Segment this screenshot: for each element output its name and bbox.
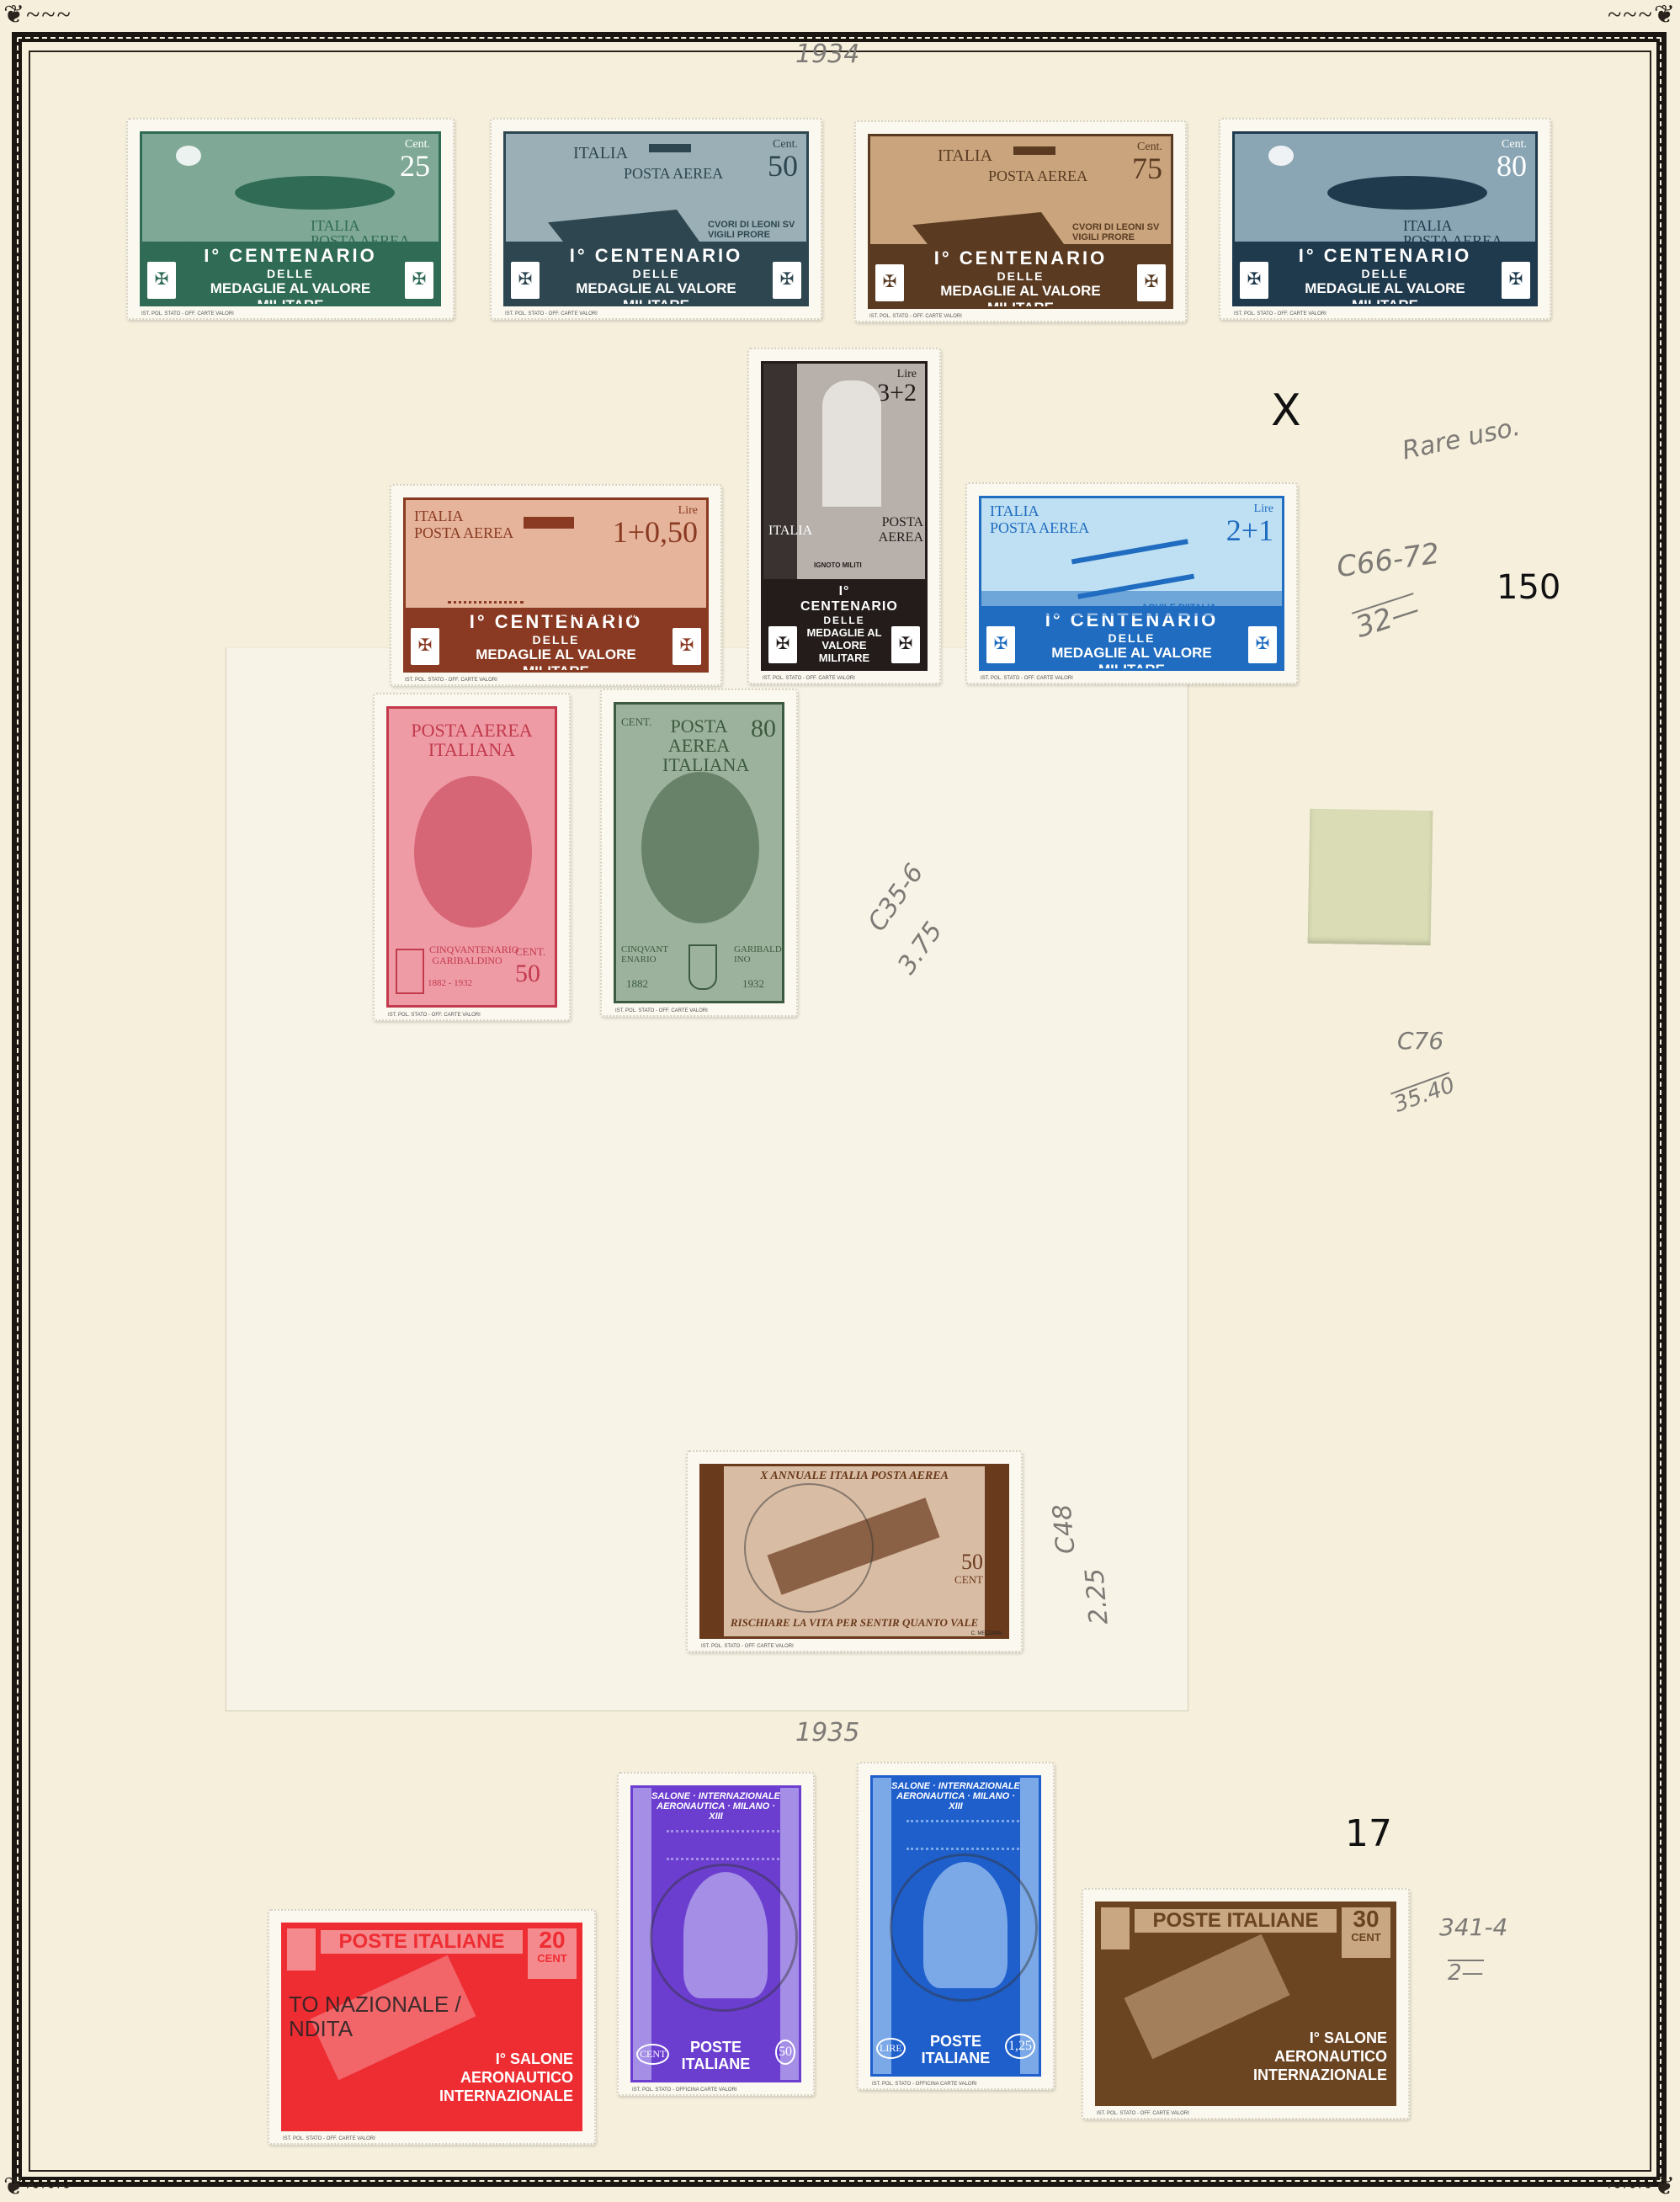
coat-of-arms-icon	[768, 626, 797, 663]
stamp-s5[interactable]: I° CENTENARIODELLEMEDAGLIE AL VALORE MIL…	[390, 484, 722, 686]
year-right: 1932	[742, 978, 764, 990]
value-number: 75	[1132, 152, 1162, 185]
stamp-design: I° CENTENARIODELLEMEDAGLIE AL VALORE MIL…	[979, 496, 1284, 671]
stamp-s3[interactable]: I° CENTENARIODELLEMEDAGLIE AL VALORE MIL…	[854, 120, 1187, 322]
stamp-s4[interactable]: I° CENTENARIODELLEMEDAGLIE AL VALORE MIL…	[1219, 118, 1551, 320]
value-number: 80	[751, 715, 776, 742]
corner-flourish-icon: ❦~~~	[3, 0, 205, 30]
fasces-right	[985, 1466, 1007, 1636]
stamp-design: I° CENTENARIODELLEMEDAGLIE AL VALORE MIL…	[761, 361, 928, 671]
corner-flourish-icon: ~~~❦	[1475, 0, 1677, 30]
stamp-banner: I° CENTENARIODELLEMEDAGLIE AL VALORE MIL…	[506, 242, 806, 304]
value-number: 20	[528, 1928, 577, 1952]
title-label: POSTA AEREA	[624, 166, 723, 183]
stamp-hinge	[1308, 809, 1433, 946]
printer-imprint: IST. POL. STATO - OFF. CARTE VALORI	[981, 676, 1073, 681]
stamp-design: I° CENTENARIODELLEMEDAGLIE AL VALORE MIL…	[503, 131, 809, 306]
coat-of-arms-icon	[688, 944, 717, 990]
stamp-value: Lire3+2	[877, 369, 917, 406]
formation-icon	[667, 1830, 784, 1860]
boat-icon	[912, 212, 1064, 244]
value-number: 25	[400, 149, 430, 183]
caption-right: GARIBALDINO	[734, 944, 784, 965]
stamp-header: POSTA AEREA ITALIANA	[389, 721, 555, 759]
stamp-s10[interactable]: X ANNUALE ITALIA POSTA AEREA50CENTRISCHI…	[686, 1450, 1023, 1652]
value-unit: CENT	[1342, 1931, 1390, 1944]
printer-imprint: IST. POL. STATO - OFF. CARTE VALORI	[283, 2136, 375, 2141]
printer-imprint: IST. POL. STATO - OFF. CARTE VALORI	[1097, 2111, 1189, 2116]
value-number: 30	[1342, 1907, 1390, 1931]
value-unit: CENT	[954, 1574, 983, 1586]
value-number: 50	[775, 2040, 795, 2065]
stamp-banner: I° CENTENARIODELLEMEDAGLIE AL VALORE MIL…	[870, 244, 1171, 306]
price-c48: 2.25	[1081, 1567, 1114, 1625]
stamp-s12[interactable]: SALONE · INTERNAZIONALE AERONAUTICA · MI…	[617, 1772, 815, 2096]
value-number: 50	[961, 1550, 983, 1575]
oval-vignette	[641, 772, 759, 923]
banner-line: DELLE	[1018, 631, 1245, 645]
footer: POSTE ITALIANE	[906, 2034, 1005, 2067]
stamp-value: Cent.50	[768, 139, 798, 181]
line3: INTERNAZIONALE	[1253, 2067, 1387, 2084]
banner-line: MEDAGLIE AL VALORE MILITARE	[907, 283, 1134, 309]
stamp-design: I° CENTENARIODELLEMEDAGLIE AL VALORE MIL…	[140, 131, 441, 306]
crest-icon	[1248, 626, 1277, 663]
value-unit: LIRE	[876, 2038, 906, 2059]
line2: AERONAUTICO	[460, 2070, 573, 2087]
banner-line: DELLE	[800, 614, 888, 626]
stamp-header: POSTE ITALIANE	[1135, 1909, 1337, 1933]
corner-flourish-icon: ~~~❦	[1475, 2172, 1677, 2202]
fasces-left	[702, 1466, 724, 1636]
line1: I° SALONE	[496, 2051, 573, 2068]
sun-icon	[1268, 146, 1294, 166]
banner-line: I° CENTENARIO	[907, 247, 1134, 269]
caption: PIONIERI DELL'ARIA	[1240, 242, 1332, 252]
value-number: 2+1	[1226, 513, 1273, 547]
value-number: 1,25	[1005, 2034, 1035, 2059]
caption: CVORI DI LEONI SV VIGILI PRORE	[708, 220, 800, 240]
stamp-s11[interactable]: POSTE ITALIANE20CENTI° SALONEAERONAUTICO…	[268, 1909, 596, 2145]
formation-icon	[906, 1820, 1024, 1850]
coat-of-arms-icon	[511, 262, 540, 299]
stamp-design: POSTA AEREA ITALIANACENT.80CINQVANTENARI…	[614, 702, 784, 1003]
banner-line: DELLE	[1272, 267, 1498, 280]
stamp-value: Cent.75	[1132, 141, 1162, 183]
caption: AQVILE D'ITALIA	[1141, 603, 1216, 613]
stamp-s9[interactable]: POSTA AEREA ITALIANACENT.80CINQVANTENARI…	[600, 689, 798, 1017]
value-number: 3+2	[877, 379, 917, 407]
crest-icon	[673, 628, 701, 665]
banner-line: DELLE	[179, 267, 401, 280]
caption: I FEDELI D'OLTREMARE	[549, 609, 657, 620]
airship-icon	[235, 176, 395, 210]
boat-icon	[548, 210, 699, 242]
year-label-1934: 1934	[795, 40, 859, 68]
value-number: 1+0,50	[613, 515, 698, 549]
coat-of-arms-icon	[1240, 262, 1268, 299]
postmark-icon	[650, 1864, 798, 2012]
stamp-header: POSTE ITALIANE	[321, 1930, 523, 1954]
stamp-value: 20CENT	[528, 1928, 577, 1979]
crest-icon	[891, 626, 920, 663]
corner-flourish-icon: ❦~~~	[3, 2172, 205, 2202]
banner-line: I° CENTENARIO	[543, 245, 769, 267]
coat-of-arms-icon	[396, 949, 424, 994]
printer-imprint: IST. POL. STATO - OFF. CARTE VALORI	[141, 311, 234, 316]
value-number: 50	[515, 960, 540, 987]
printer-imprint: IST. POL. STATO - OFF. CARTE VALORI	[505, 311, 598, 316]
value-number: 80	[1497, 149, 1527, 183]
soldiers-icon	[448, 567, 524, 604]
coat-of-arms-icon	[411, 628, 439, 665]
catalog-c48: C48	[1049, 1503, 1081, 1556]
stamp-design: POSTE ITALIANE20CENTI° SALONEAERONAUTICO…	[281, 1923, 582, 2131]
coat-of-arms-icon	[147, 262, 176, 299]
line1: I° SALONE	[1310, 2030, 1387, 2047]
value-unit: CENT.	[621, 716, 651, 728]
caption: IGNOTO MILITI	[814, 561, 862, 569]
banner-line: MEDAGLIE AL VALORE MILITARE	[443, 646, 669, 673]
year-left: 1882	[626, 978, 648, 990]
banner-line: DELLE	[907, 269, 1134, 283]
oval-vignette	[414, 776, 532, 928]
stamp-design: SALONE · INTERNAZIONALE AERONAUTICA · MI…	[630, 1785, 801, 2082]
stamp-s7[interactable]: I° CENTENARIODELLEMEDAGLIE AL VALORE MIL…	[965, 482, 1298, 684]
stamp-value: Cent.25	[400, 139, 430, 181]
banner-line: DELLE	[543, 267, 769, 280]
banner-line: MEDAGLIE AL VALORE MILITARE	[1272, 280, 1498, 306]
value-unit: CENT	[636, 2044, 669, 2065]
printer-imprint: IST. POL. STATO - OFF. CARTE VALORI	[763, 676, 855, 681]
crest-icon	[1502, 262, 1530, 299]
airship-icon	[1327, 176, 1487, 210]
banner-line: MEDAGLIE AL VALORE MILITARE	[1018, 645, 1245, 671]
stamp-design: X ANNUALE ITALIA POSTA AEREA50CENTRISCHI…	[699, 1464, 1009, 1639]
stamp-header: X ANNUALE ITALIA POSTA AEREA	[702, 1470, 1007, 1483]
title-label: POSTA AEREA	[990, 520, 1089, 537]
stamp-value: Lire2+1	[1226, 503, 1273, 545]
country-label: ITALIA	[990, 503, 1039, 520]
caption: CINQVANTENARIO GARIBALDINO	[429, 944, 505, 966]
country-label: ITALIA	[414, 508, 464, 525]
crest-icon	[405, 262, 433, 299]
plane-icon	[1013, 146, 1055, 155]
printer-imprint: IST. POL. STATO - OFF. CARTE VALORI	[1234, 311, 1326, 316]
value-unit: CENT	[528, 1952, 577, 1965]
stamp-s14[interactable]: POSTE ITALIANE30CENTI° SALONEAERONAUTICO…	[1082, 1888, 1410, 2120]
banner-line: I° CENTENARIO	[800, 584, 888, 614]
printer-imprint: IST. POL. STATO - OFF. CARTE VALORI	[701, 1644, 794, 1649]
plane-icon	[524, 517, 574, 529]
banner-line: MEDAGLIE AL VALORE MILITARE	[543, 280, 769, 306]
country-label: ITALIA	[768, 524, 812, 539]
stamp-s2[interactable]: I° CENTENARIODELLEMEDAGLIE AL VALORE MIL…	[490, 118, 822, 320]
catalog-341-4: 341-4	[1439, 1915, 1507, 1941]
coat-of-arms-icon	[1101, 1907, 1130, 1949]
printer-imprint: IST. POL. STATO - OFFICINA CARTE VALORI	[872, 2082, 976, 2087]
title-label: POSTA AEREA	[414, 525, 513, 542]
title-label: POSTA AEREA	[1403, 233, 1502, 250]
stamp-value: 30CENT	[1342, 1907, 1390, 1958]
stamp-design: POSTA AEREA ITALIANACINQVANTENARIO GARIB…	[386, 706, 557, 1008]
coat-of-arms-icon	[875, 264, 904, 301]
stamp-header: SALONE · INTERNAZIONALE AERONAUTICA · MI…	[890, 1781, 1022, 1811]
title-label: POSTA AEREA	[856, 515, 923, 545]
coat-of-arms-icon	[986, 626, 1015, 663]
country-label: ITALIA	[573, 144, 628, 162]
banner-line: DELLE	[443, 633, 669, 646]
column-left	[633, 1788, 651, 2080]
title-label: POSTA AEREA	[311, 233, 410, 250]
title-label: POSTA AEREA	[988, 168, 1087, 185]
value-number: 50	[768, 149, 798, 183]
years: 1882 - 1932	[428, 978, 472, 988]
footer: POSTE ITALIANE	[667, 2040, 765, 2073]
price-ink-150: 150	[1497, 569, 1560, 606]
postmark-text: TO NAZIONALE / NDITA	[289, 1992, 508, 2040]
stamp-design: POSTE ITALIANE30CENTI° SALONEAERONAUTICO…	[1095, 1901, 1396, 2106]
printer-imprint: IST. POL. STATO - OFF. CARTE VALORI	[388, 1013, 481, 1018]
caption: CVORI DI LEONI SV VIGILI PRORE	[1072, 222, 1165, 242]
line3: INTERNAZIONALE	[439, 2088, 573, 2105]
ground	[981, 591, 1282, 616]
count-ink-17: 17	[1345, 1814, 1392, 1854]
country-label: ITALIA	[938, 146, 992, 165]
year-label-1935: 1935	[795, 1719, 859, 1747]
coat-of-arms-icon	[287, 1928, 316, 1971]
wings-icon	[1124, 1934, 1290, 2060]
banner-line: MEDAGLIE AL VALORE MILITARE	[179, 280, 401, 306]
postmark-icon	[890, 1854, 1038, 2002]
statue-icon	[822, 380, 881, 507]
stamp-value: Lire1+0,50	[613, 505, 698, 547]
stamp-s13[interactable]: SALONE · INTERNAZIONALE AERONAUTICA · MI…	[857, 1762, 1055, 2090]
sun-icon	[176, 146, 201, 166]
crest-icon	[773, 262, 801, 299]
price-341-4: 2—	[1448, 1960, 1484, 1986]
stamp-s8[interactable]: POSTA AEREA ITALIANACINQVANTENARIO GARIB…	[373, 693, 571, 1021]
column-left	[873, 1778, 891, 2074]
cross-mark: X	[1271, 387, 1301, 435]
printer-imprint: IST. POL. STATO - OFFICINA CARTE VALORI	[632, 2088, 736, 2093]
stamp-design: I° CENTENARIODELLEMEDAGLIE AL VALORE MIL…	[868, 134, 1173, 309]
stamp-s1[interactable]: I° CENTENARIODELLEMEDAGLIE AL VALORE MIL…	[126, 118, 455, 320]
column-left	[763, 364, 797, 582]
postmark-icon	[744, 1483, 874, 1613]
printer-imprint: IST. POL. STATO - OFF. CARTE VALORI	[405, 678, 497, 683]
stamp-design: I° CENTENARIODELLEMEDAGLIE AL VALORE MIL…	[403, 497, 709, 673]
printer-imprint: IST. POL. STATO - OFF. CARTE VALORI	[869, 314, 962, 319]
stamp-s6[interactable]: I° CENTENARIODELLEMEDAGLIE AL VALORE MIL…	[747, 348, 941, 684]
catalog-c76: C76	[1397, 1029, 1443, 1055]
line2: AERONAUTICO	[1274, 2049, 1387, 2066]
artist: C. MEZZANA	[971, 1631, 1002, 1636]
stamp-header: SALONE · INTERNAZIONALE AERONAUTICA · MI…	[650, 1791, 782, 1822]
album-page: ❦~~~ ~~~❦ ❦~~~ ~~~❦ 1934 X Rare uso. C66…	[0, 0, 1680, 2202]
value-unit: CENT.	[515, 946, 545, 958]
stamp-design: SALONE · INTERNAZIONALE AERONAUTICA · MI…	[870, 1775, 1041, 2077]
printer-imprint: IST. POL. STATO - OFF. CARTE VALORI	[615, 1008, 708, 1013]
caption-left: CINQVANTENARIO	[621, 944, 672, 965]
crest-icon	[1137, 264, 1166, 301]
caption: PIONIERI DELL'ARIA	[147, 242, 240, 252]
stamp-value: Cent.80	[1497, 139, 1527, 181]
plane-icon	[649, 144, 691, 152]
caption: RISCHIARE LA VITA PER SENTIR QUANTO VALE	[702, 1616, 1007, 1630]
banner-line: MEDAGLIE AL VALORE MILITARE	[800, 626, 888, 664]
stamp-design: I° CENTENARIODELLEMEDAGLIE AL VALORE MIL…	[1232, 131, 1538, 306]
